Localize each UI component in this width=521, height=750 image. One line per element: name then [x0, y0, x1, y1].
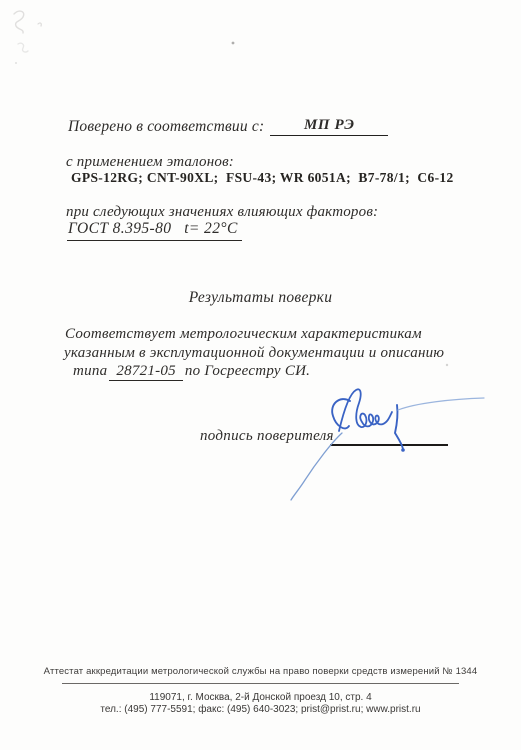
verified-method-blank: МП РЭ	[270, 117, 388, 136]
accreditation-note: Аттестат аккредитации метрологической сл…	[0, 666, 521, 677]
results-body-line3: типа28721-05по Госреестру СИ.	[73, 362, 445, 381]
type-label: типа	[73, 363, 107, 379]
results-paragraph: Соответствует метрологическим характерис…	[65, 325, 445, 381]
footer-address: 119071, г. Москва, 2-й Донской проезд 10…	[0, 692, 521, 703]
footer-contacts: тел.: (495) 777-5591; факс: (495) 640-30…	[0, 704, 521, 715]
footer-divider	[62, 683, 459, 684]
scanned-certificate-page: Поверено в соответствии с:МП РЭ с примен…	[0, 0, 521, 750]
standards-label: с применением эталонов:	[66, 154, 234, 171]
signature-underline	[330, 444, 448, 446]
results-title: Результаты поверки	[0, 289, 521, 307]
gost-conditions-value: ГОСТ 8.395-80 t= 22°С	[67, 220, 242, 241]
verified-in-accordance-line: Поверено в соответствии с:МП РЭ	[68, 117, 388, 136]
results-body-line2: указанным в эксплутационной документации…	[64, 344, 445, 363]
registry-suffix: по Госреестру СИ.	[185, 363, 310, 379]
verified-label: Поверено в соответствии с:	[68, 118, 264, 135]
registry-number: 28721-05	[109, 363, 183, 381]
standards-list: GPS-12RG; CNT-90XL; FSU-43; WR 6051A; B7…	[71, 170, 454, 186]
signature-label: подпись поверителя	[200, 428, 334, 445]
results-body-line1: Соответствует метрологическим характерис…	[65, 325, 445, 344]
influencing-factors-label: при следующих значениях влияющих факторо…	[66, 204, 378, 221]
